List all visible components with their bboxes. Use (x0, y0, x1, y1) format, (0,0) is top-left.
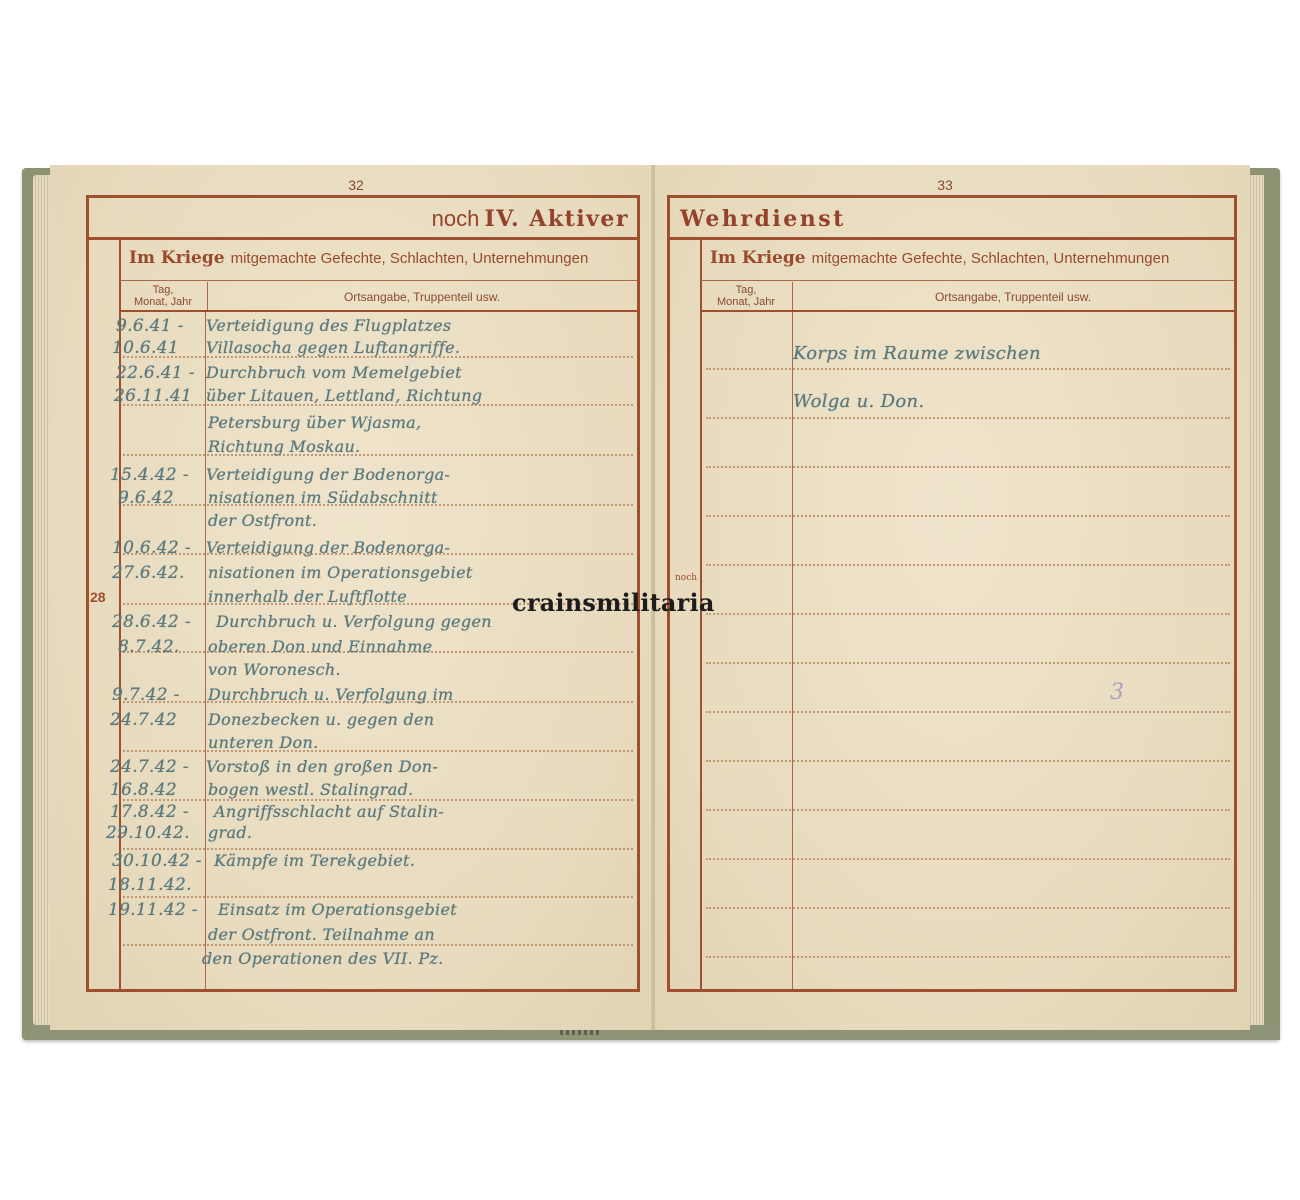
dotted-rule (123, 848, 633, 850)
entry-text: von Woronesch. (208, 660, 341, 679)
entry-date: 10.6.42 - (112, 538, 191, 558)
dotted-rule (706, 417, 1230, 419)
title-main: Wehrdienst (680, 206, 846, 232)
pencil-mark: 3 (1110, 680, 1124, 705)
entry-date: 19.11.42 - (108, 900, 198, 920)
entry-text: Durchbruch u. Verfolgung gegen (216, 612, 492, 631)
entry-text: oberen Don und Einnahme (208, 637, 432, 656)
dotted-rule (706, 907, 1230, 909)
entry-date: 30.10.42 - (112, 851, 202, 871)
header-rule (120, 280, 637, 281)
dotted-rule (706, 466, 1230, 468)
entry-text: Durchbruch u. Verfolgung im (208, 685, 454, 704)
table-top-rule (701, 310, 1234, 312)
entry-text: Angriffsschlacht auf Stalin- (214, 802, 444, 821)
dotted-rule (123, 896, 633, 898)
entry-text: Kämpfe im Terekgebiet. (214, 851, 415, 870)
dotted-rule (123, 799, 633, 801)
page-number: 33 (925, 177, 965, 193)
dotted-rule (706, 956, 1230, 958)
dotted-rule (123, 750, 633, 752)
entry-text: nisationen im Operationsgebiet (208, 563, 473, 582)
entry-date: 24.7.42 (110, 710, 177, 730)
entry-date: 8.7.42. (118, 637, 180, 657)
entry-text: unteren Don. (208, 733, 318, 752)
dotted-rule (706, 662, 1230, 664)
entry-text: nisationen im Südabschnitt (208, 488, 438, 507)
title-band: noch IV. Aktiver (89, 198, 637, 240)
entry-text: Durchbruch vom Memelgebiet (206, 363, 462, 382)
column-header-place: Ortsangabe, Truppenteil usw. (207, 290, 637, 304)
dotted-rule (123, 944, 633, 946)
dotted-rule (706, 368, 1230, 370)
entry-date: 9.7.42 - (112, 685, 180, 705)
entry-text: Korps im Raume zwischen (793, 343, 1041, 364)
entry-date: 17.8.42 - (110, 802, 189, 822)
margin-number: 28 (90, 589, 106, 605)
entry-date: 29.10.42. (106, 823, 190, 843)
entry-text: Wolga u. Don. (793, 391, 924, 412)
entry-text: den Operationen des VII. Pz. (202, 949, 444, 968)
watermark: crainsmilitaria (512, 588, 715, 617)
page-title: noch IV. Aktiver (432, 206, 629, 232)
entry-text: Richtung Moskau. (208, 437, 360, 456)
entry-date: 9.6.42 (118, 488, 174, 508)
entry-text: Verteidigung der Bodenorga- (206, 538, 450, 557)
dotted-rule (706, 564, 1230, 566)
column-header-place: Ortsangabe, Truppenteil usw. (792, 290, 1234, 304)
dotted-rule (123, 454, 633, 456)
entry-date: 16.8.42 (110, 780, 177, 800)
dotted-rule (706, 809, 1230, 811)
page-title: Wehrdienst (680, 206, 846, 232)
section-heading: Im Kriegemitgemachte Gefechte, Schlachte… (129, 248, 588, 268)
page-edges-right (1248, 175, 1264, 1025)
table-top-rule (120, 310, 637, 312)
dotted-rule (706, 711, 1230, 713)
entry-date: 26.11.41 (114, 386, 192, 406)
entry-text: Einsatz im Operationsgebiet (218, 900, 457, 919)
entry-text: Petersburg über Wjasma, (208, 413, 421, 432)
entry-text: Verteidigung des Flugplatzes (206, 316, 451, 335)
dotted-rule (706, 613, 1230, 615)
entry-date: 27.6.42. (112, 563, 185, 583)
column-header-date: Tag, Monat, Jahr (120, 284, 206, 308)
header-rule (701, 280, 1234, 281)
entry-date: 22.6.41 - (116, 363, 195, 383)
title-prefix: noch (432, 206, 480, 231)
right-page: 33 Wehrdienst Im Kriegemitgemachte Gefec… (655, 165, 1250, 1030)
page-number: 32 (336, 177, 376, 193)
entry-date: 24.7.42 - (110, 757, 189, 777)
entry-text: bogen westl. Stalingrad. (208, 780, 414, 799)
entry-text: der Ostfront. (208, 511, 317, 530)
entry-date: 9.6.41 - (116, 316, 184, 336)
entry-text: Verteidigung der Bodenorga- (206, 465, 450, 484)
entry-date: 18.11.42. (108, 875, 192, 895)
entry-date: 28.6.42 - (112, 612, 191, 632)
dotted-rule (706, 858, 1230, 860)
section-heading: Im Kriegemitgemachte Gefechte, Schlachte… (710, 248, 1169, 268)
column-header-date: Tag, Monat, Jahr (701, 284, 791, 308)
side-label-noch: noch (675, 573, 697, 583)
entry-text: der Ostfront. Teilnahme an (208, 925, 435, 944)
entry-text: über Litauen, Lettland, Richtung (206, 386, 482, 405)
entry-text: innerhalb der Luftflotte (208, 587, 407, 606)
entry-date: 10.6.41 (112, 338, 179, 358)
page-frame: Wehrdienst Im Kriegemitgemachte Gefechte… (667, 195, 1237, 992)
title-band: Wehrdienst (670, 198, 1234, 240)
column-divider (792, 312, 793, 989)
entry-text: Donezbecken u. gegen den (208, 710, 434, 729)
dotted-rule (706, 515, 1230, 517)
entry-text: Villasocha gegen Luftangriffe. (206, 338, 460, 357)
entry-text: grad. (208, 823, 252, 842)
entry-text: Vorstoß in den großen Don- (206, 757, 438, 776)
entry-date: 15.4.42 - (110, 465, 189, 485)
dotted-rule (706, 760, 1230, 762)
title-main: IV. Aktiver (484, 206, 629, 232)
